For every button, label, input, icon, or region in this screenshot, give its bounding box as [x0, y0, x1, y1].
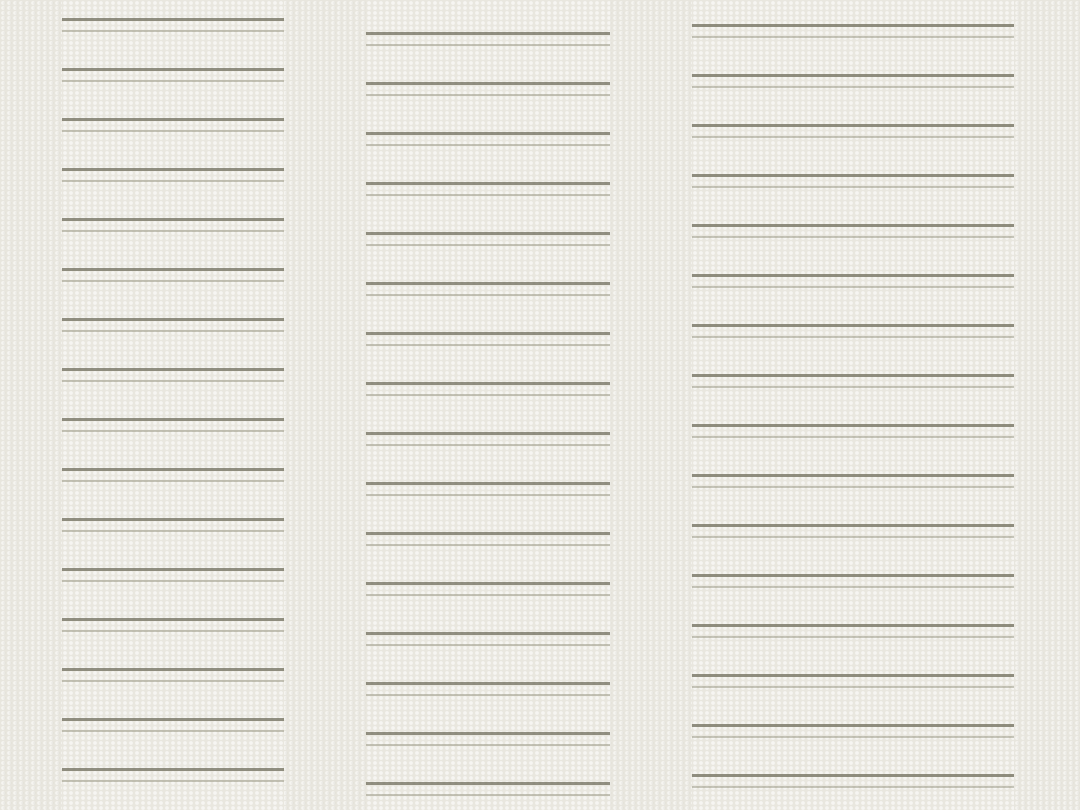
left-stripe-panel	[62, 0, 284, 810]
woven-rug-texture	[0, 0, 1080, 810]
middle-stripe-panel	[366, 0, 610, 810]
right-stripe-panel	[692, 0, 1014, 810]
